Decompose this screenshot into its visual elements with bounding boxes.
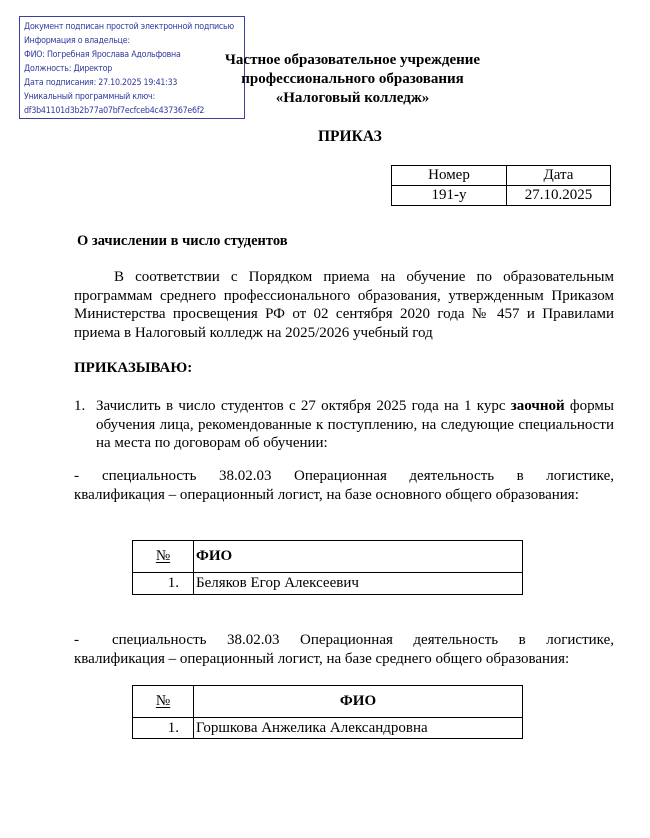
students-table-basic: № ФИО 1. Беляков Егор Алексеевич: [132, 540, 523, 595]
document-title: ПРИКАЗ: [318, 128, 382, 146]
organization-header: Частное образовательное учреждение профе…: [185, 51, 520, 108]
number-sign: №: [156, 693, 170, 709]
signature-line: Документ подписан простой электронной по…: [24, 20, 226, 34]
organization-line: Частное образовательное учреждение: [185, 51, 520, 70]
table-header-row: № ФИО: [133, 541, 523, 573]
row-number: 1.: [133, 718, 194, 739]
table-header-row: № ФИО: [133, 686, 523, 718]
item-text-part: Зачислить в число студентов с 27 октября…: [96, 398, 511, 414]
student-name: Беляков Егор Алексеевич: [194, 573, 523, 595]
item-number: 1.: [74, 397, 85, 416]
column-header-name: ФИО: [194, 686, 523, 718]
order-date: 27.10.2025: [507, 186, 611, 206]
order-item-1: 1. Зачислить в число студентов с 27 октя…: [74, 397, 614, 453]
order-directive: ПРИКАЗЫВАЮ:: [74, 360, 192, 377]
specialty-text: специальность 38.02.03 Операционная деят…: [74, 468, 614, 503]
signature-line: Информация о владельце:: [24, 34, 226, 48]
organization-line: профессионального образования: [185, 70, 520, 89]
meta-header-date: Дата: [507, 166, 611, 186]
specialty-text: специальность 38.02.03 Операционная деят…: [74, 632, 614, 667]
students-table-secondary: № ФИО 1. Горшкова Анжелика Александровна: [132, 685, 523, 739]
item-text: Зачислить в число студентов с 27 октября…: [96, 397, 614, 453]
meta-value-row: 191-у 27.10.2025: [392, 186, 611, 206]
table-row: 1. Беляков Егор Алексеевич: [133, 573, 523, 595]
order-number: 191-у: [392, 186, 507, 206]
column-header-number: №: [133, 541, 194, 573]
organization-name: «Налоговый колледж»: [185, 89, 520, 108]
table-row: 1. Горшкова Анжелика Александровна: [133, 718, 523, 739]
student-name: Горшкова Анжелика Александровна: [194, 718, 523, 739]
study-form: заочной: [511, 398, 565, 414]
row-number: 1.: [133, 573, 194, 595]
dash-marker: -: [74, 631, 112, 650]
column-header-name: ФИО: [194, 541, 523, 573]
specialty-basic: -специальность 38.02.03 Операционная дея…: [74, 467, 614, 504]
preamble-paragraph: В соответствии с Порядком приема на обуч…: [74, 268, 614, 342]
specialty-secondary: -специальность 38.02.03 Операционная дея…: [74, 631, 614, 668]
column-header-number: №: [133, 686, 194, 718]
number-sign: №: [156, 548, 170, 564]
meta-header-number: Номер: [392, 166, 507, 186]
order-meta-table: Номер Дата 191-у 27.10.2025: [391, 165, 611, 206]
meta-header-row: Номер Дата: [392, 166, 611, 186]
order-subject: О зачислении в число студентов: [77, 233, 288, 250]
dash-marker: -: [74, 467, 102, 486]
